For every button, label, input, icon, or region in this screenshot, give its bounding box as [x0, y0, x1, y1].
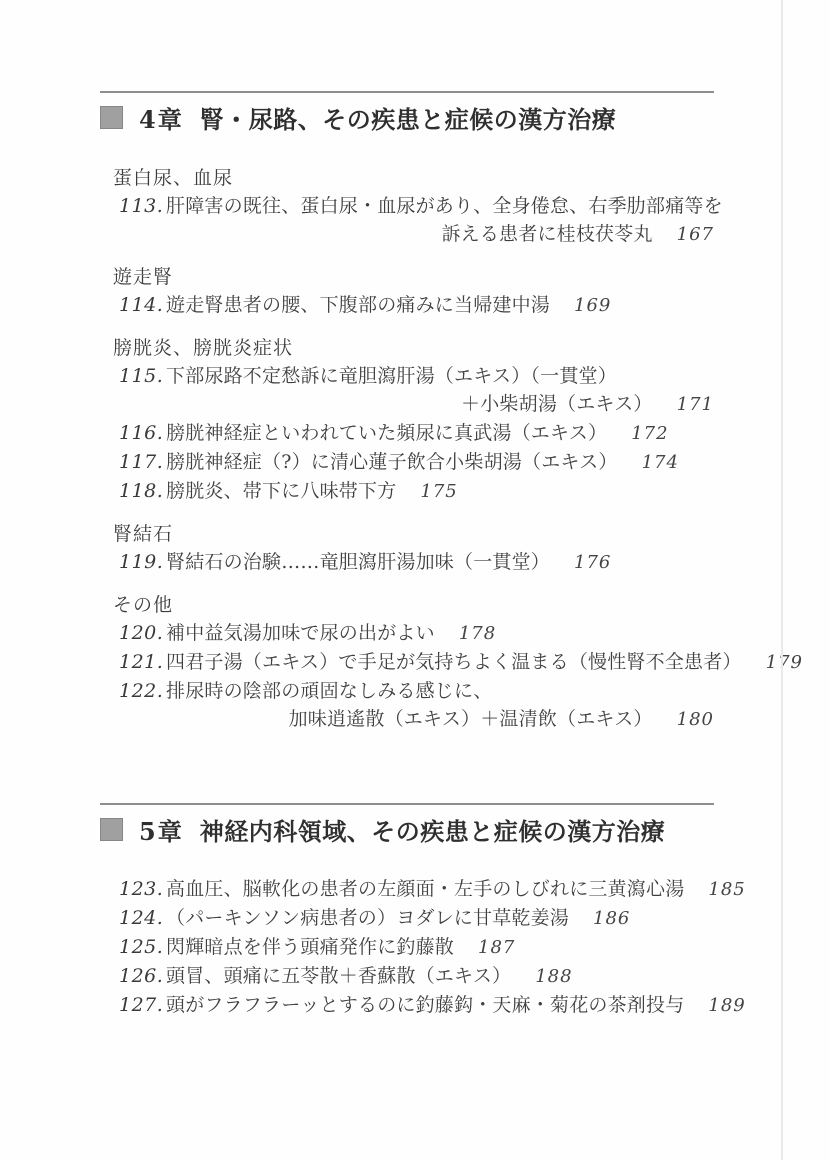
entry-page-number: 174: [642, 449, 679, 477]
entry-text: 排尿時の陰部の頑固なしみる感じに、: [166, 677, 492, 705]
chapter-5-heading: 5章 神経内科領域、その疾患と症候の漢方治療: [100, 803, 714, 847]
entry-number: 125.: [119, 933, 166, 961]
chapter-4-label: 4章: [139, 100, 184, 135]
entry-text: 頭がフラフラーッとするのに釣藤鈎・天麻・菊花の茶剤投与: [166, 991, 684, 1019]
entry-page-number: 172: [631, 420, 668, 448]
entry-text: 頭冒、頭痛に五苓散＋香蘇散（エキス）: [166, 962, 511, 990]
entry-page-number: 187: [478, 934, 515, 962]
section-others: その他 120. 補中益気湯加味で尿の出がよい 178 121. 四君子湯（エキ…: [100, 591, 714, 734]
entry-number: 122.: [119, 677, 166, 705]
entry-text: 訴える患者に桂枝茯苓丸: [441, 220, 652, 248]
entry-text: 高血圧、脳軟化の患者の左顔面・左手のしびれに三黄瀉心湯: [166, 875, 684, 903]
toc-entry-113: 113. 肝障害の既往、蛋白尿・血尿があり、全身倦怠、右季肋部痛等を: [100, 192, 714, 220]
entry-page-number: 179: [766, 649, 803, 677]
toc-entry-126: 126. 頭冒、頭痛に五苓散＋香蘇散（エキス） 188: [100, 962, 714, 991]
toc-entry-121: 121. 四君子湯（エキス）で手足が気持ちよく温まる（慢性腎不全患者） 179: [100, 648, 714, 677]
entry-number: 120.: [119, 619, 166, 647]
scan-edge-line: [781, 0, 783, 1160]
toc-entry-116: 116. 膀胱神経症といわれていた頻尿に真武湯（エキス） 172: [100, 419, 714, 448]
entry-text: （パーキンソン病患者の）ヨダレに甘草乾姜湯: [166, 904, 569, 932]
entry-page-number: 178: [459, 620, 496, 648]
entry-page-number: 186: [593, 905, 630, 933]
toc-entry-122-continuation: 加味逍遙散（エキス）＋温清飲（エキス） 180: [100, 705, 714, 734]
toc-page: 4章 腎・尿路、その疾患と症候の漢方治療 蛋白尿、血尿 113. 肝障害の既往、…: [0, 0, 830, 1160]
entry-text: 下部尿路不定愁訴に竜胆瀉肝湯（エキス）（一貫堂）: [166, 362, 617, 390]
entry-text: ＋小柴胡湯（エキス）: [461, 390, 653, 418]
chapter-4: 4章 腎・尿路、その疾患と症候の漢方治療 蛋白尿、血尿 113. 肝障害の既往、…: [100, 91, 714, 734]
chapter-5-label: 5章: [139, 812, 184, 847]
entry-page-number: 180: [677, 706, 714, 734]
entry-number: 119.: [119, 548, 166, 576]
chapter-5-title: 神経内科領域、その疾患と症候の漢方治療: [200, 812, 666, 847]
toc-entry-117: 117. 膀胱神経症（?）に清心蓮子飲合小柴胡湯（エキス） 174: [100, 448, 714, 477]
entry-page-number: 176: [574, 549, 611, 577]
entry-number: 118.: [119, 477, 166, 505]
entry-text: 閃輝暗点を伴う頭痛発作に釣藤散: [166, 933, 454, 961]
entry-number: 116.: [119, 419, 166, 447]
section-heading: その他: [113, 591, 714, 619]
toc-entry-113-continuation: 訴える患者に桂枝茯苓丸 167: [100, 220, 714, 249]
chapter-4-title: 腎・尿路、その疾患と症候の漢方治療: [200, 100, 617, 135]
entry-number: 124.: [119, 904, 166, 932]
chapter-bullet-square-icon: [100, 106, 123, 129]
entry-number: 123.: [119, 875, 166, 903]
toc-entry-115-continuation: ＋小柴胡湯（エキス） 171: [100, 390, 714, 419]
entry-text: 膀胱炎、帯下に八味帯下方: [166, 477, 396, 505]
toc-entry-114: 114. 遊走腎患者の腰、下腹部の痛みに当帰建中湯 169: [100, 291, 714, 320]
chapter-bullet-square-icon: [100, 818, 123, 841]
toc-entry-118: 118. 膀胱炎、帯下に八味帯下方 175: [100, 477, 714, 506]
entry-number: 121.: [119, 648, 166, 676]
entry-number: 113.: [119, 192, 166, 220]
entry-text: 膀胱神経症（?）に清心蓮子飲合小柴胡湯（エキス）: [166, 448, 618, 476]
entry-page-number: 175: [420, 478, 457, 506]
toc-entry-120: 120. 補中益気湯加味で尿の出がよい 178: [100, 619, 714, 648]
entry-page-number: 167: [677, 221, 714, 249]
section-heading: 遊走腎: [113, 263, 714, 291]
entry-page-number: 185: [708, 876, 745, 904]
section-heading: 膀胱炎、膀胱炎症状: [113, 334, 714, 362]
entry-number: 114.: [119, 291, 166, 319]
section-floating-kidney: 遊走腎 114. 遊走腎患者の腰、下腹部の痛みに当帰建中湯 169: [100, 263, 714, 320]
section-neurology: 123. 高血圧、脳軟化の患者の左顔面・左手のしびれに三黄瀉心湯 185 124…: [100, 875, 714, 1020]
entry-number: 126.: [119, 962, 166, 990]
entry-page-number: 169: [574, 292, 611, 320]
toc-entry-124: 124. （パーキンソン病患者の）ヨダレに甘草乾姜湯 186: [100, 904, 714, 933]
section-heading: 蛋白尿、血尿: [113, 164, 714, 192]
entry-text: 補中益気湯加味で尿の出がよい: [166, 619, 435, 647]
section-cystitis: 膀胱炎、膀胱炎症状 115. 下部尿路不定愁訴に竜胆瀉肝湯（エキス）（一貫堂） …: [100, 334, 714, 506]
entry-text: 膀胱神経症といわれていた頻尿に真武湯（エキス）: [166, 419, 607, 447]
toc-entry-119: 119. 腎結石の治験……竜胆瀉肝湯加味（一貫堂） 176: [100, 548, 714, 577]
entry-text: 加味逍遙散（エキス）＋温清飲（エキス）: [289, 705, 653, 733]
section-kidney-stones: 腎結石 119. 腎結石の治験……竜胆瀉肝湯加味（一貫堂） 176: [100, 520, 714, 577]
entry-page-number: 188: [535, 963, 572, 991]
section-proteinuria-hematuria: 蛋白尿、血尿 113. 肝障害の既往、蛋白尿・血尿があり、全身倦怠、右季肋部痛等…: [100, 164, 714, 249]
entry-text: 腎結石の治験……竜胆瀉肝湯加味（一貫堂）: [166, 548, 550, 576]
chapter-4-heading: 4章 腎・尿路、その疾患と症候の漢方治療: [100, 91, 714, 135]
entry-text: 遊走腎患者の腰、下腹部の痛みに当帰建中湯: [166, 291, 550, 319]
chapter-5: 5章 神経内科領域、その疾患と症候の漢方治療 123. 高血圧、脳軟化の患者の左…: [100, 803, 714, 1020]
chapter-5-body: 123. 高血圧、脳軟化の患者の左顔面・左手のしびれに三黄瀉心湯 185 124…: [100, 875, 714, 1020]
entry-text: 四君子湯（エキス）で手足が気持ちよく温まる（慢性腎不全患者）: [166, 648, 742, 676]
chapter-4-body: 蛋白尿、血尿 113. 肝障害の既往、蛋白尿・血尿があり、全身倦怠、右季肋部痛等…: [100, 164, 714, 734]
entry-number: 127.: [119, 991, 166, 1019]
entry-number: 117.: [119, 448, 166, 476]
entry-text: 肝障害の既往、蛋白尿・血尿があり、全身倦怠、右季肋部痛等を: [166, 192, 723, 220]
toc-entry-122: 122. 排尿時の陰部の頑固なしみる感じに、: [100, 677, 714, 705]
section-heading: 腎結石: [113, 520, 714, 548]
toc-entry-123: 123. 高血圧、脳軟化の患者の左顔面・左手のしびれに三黄瀉心湯 185: [100, 875, 714, 904]
toc-entry-127: 127. 頭がフラフラーッとするのに釣藤鈎・天麻・菊花の茶剤投与 189: [100, 991, 714, 1020]
entry-number: 115.: [119, 362, 166, 390]
entry-page-number: 171: [677, 391, 714, 419]
toc-entry-125: 125. 閃輝暗点を伴う頭痛発作に釣藤散 187: [100, 933, 714, 962]
toc-entry-115: 115. 下部尿路不定愁訴に竜胆瀉肝湯（エキス）（一貫堂）: [100, 362, 714, 390]
entry-page-number: 189: [708, 992, 745, 1020]
